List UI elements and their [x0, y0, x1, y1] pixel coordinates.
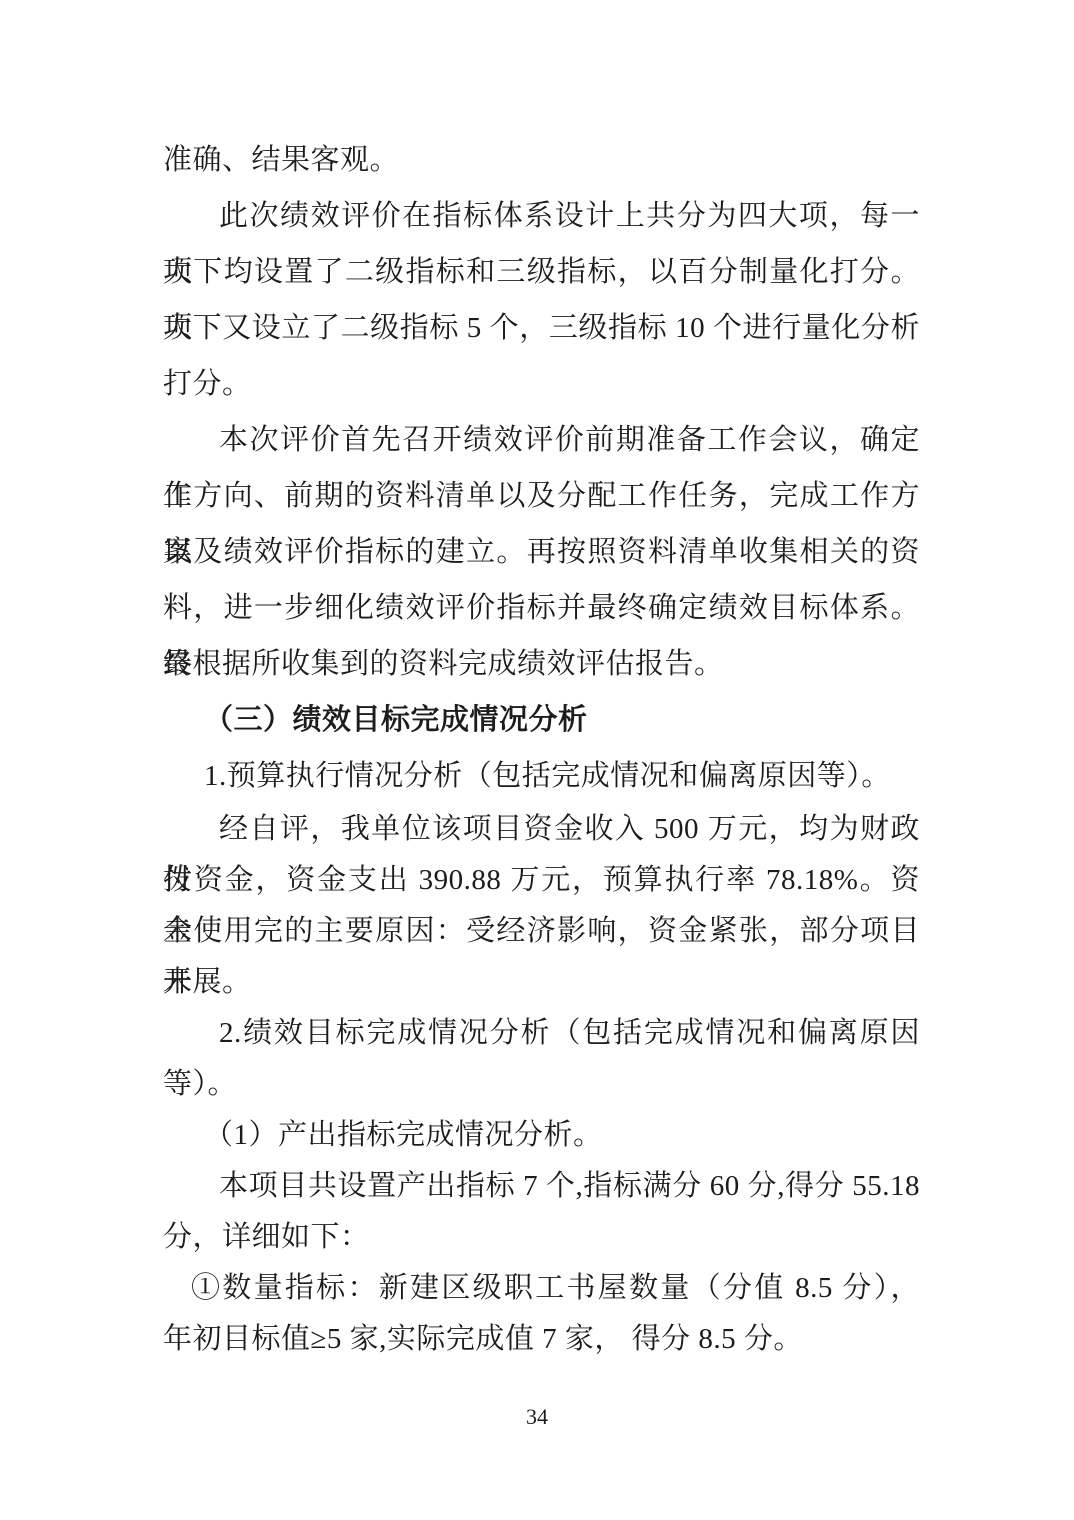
text-line: 以及绩效评价指标的建立。再按照资料清单收集相关的资: [163, 524, 920, 580]
text-line: 此次绩效评价在指标体系设计上共分为四大项，每一大: [163, 188, 920, 244]
document-body: 准确、结果客观。 此次绩效评价在指标体系设计上共分为四大项，每一大 项下均设置了…: [163, 132, 920, 1365]
lower-text-block: 经自评，我单位该项目资金收入 500 万元，均为财政拨 付资金，资金支出 390…: [163, 804, 920, 1365]
text-line: 分，详细如下：: [163, 1212, 920, 1263]
text-line: 本项目共设置产出指标 7 个,指标满分 60 分,得分 55.18: [163, 1161, 920, 1212]
text-line: 2.绩效目标完成情况分析（包括完成情况和偏离原因: [163, 1008, 920, 1059]
text-line: 料，进一步细化绩效评价指标并最终确定绩效目标体系。最: [163, 580, 920, 636]
text-line: 准确、结果客观。: [163, 132, 920, 188]
text-line: 年初目标值≥5 家,实际完成值 7 家， 得分 8.5 分。: [163, 1314, 920, 1365]
text-line: 终根据所收集到的资料完成绩效评估报告。: [163, 636, 920, 692]
text-line: 等）。: [163, 1059, 920, 1110]
text-line: （1）产出指标完成情况分析。: [163, 1110, 920, 1161]
text-line: 项下均设置了二级指标和三级指标，以百分制量化打分。大: [163, 244, 920, 300]
text-line: ①数量指标：新建区级职工书屋数量（分值 8.5 分），: [163, 1263, 920, 1314]
text-line: 付资金，资金支出 390.88 万元，预算执行率 78.18%。资金: [163, 855, 920, 906]
text-line: 未使用完的主要原因：受经济影响，资金紧张，部分项目未: [163, 906, 920, 957]
section-heading: （三）绩效目标完成情况分析: [163, 692, 920, 748]
document-page: 准确、结果客观。 此次绩效评价在指标体系设计上共分为四大项，每一大 项下均设置了…: [0, 0, 1074, 1520]
text-line: 1.预算执行情况分析（包括完成情况和偏离原因等）。: [163, 748, 920, 804]
text-line: 项下又设立了二级指标 5 个，三级指标 10 个进行量化分析: [163, 300, 920, 356]
text-line: 打分。: [163, 356, 920, 412]
upper-text-block: 准确、结果客观。 此次绩效评价在指标体系设计上共分为四大项，每一大 项下均设置了…: [163, 132, 920, 804]
page-number: 34: [0, 1404, 1074, 1430]
text-line: 开展。: [163, 957, 920, 1008]
text-line: 经自评，我单位该项目资金收入 500 万元，均为财政拨: [163, 804, 920, 855]
text-line: 本次评价首先召开绩效评价前期准备工作会议，确定工: [163, 412, 920, 468]
text-line: 作方向、前期的资料清单以及分配工作任务，完成工作方案: [163, 468, 920, 524]
